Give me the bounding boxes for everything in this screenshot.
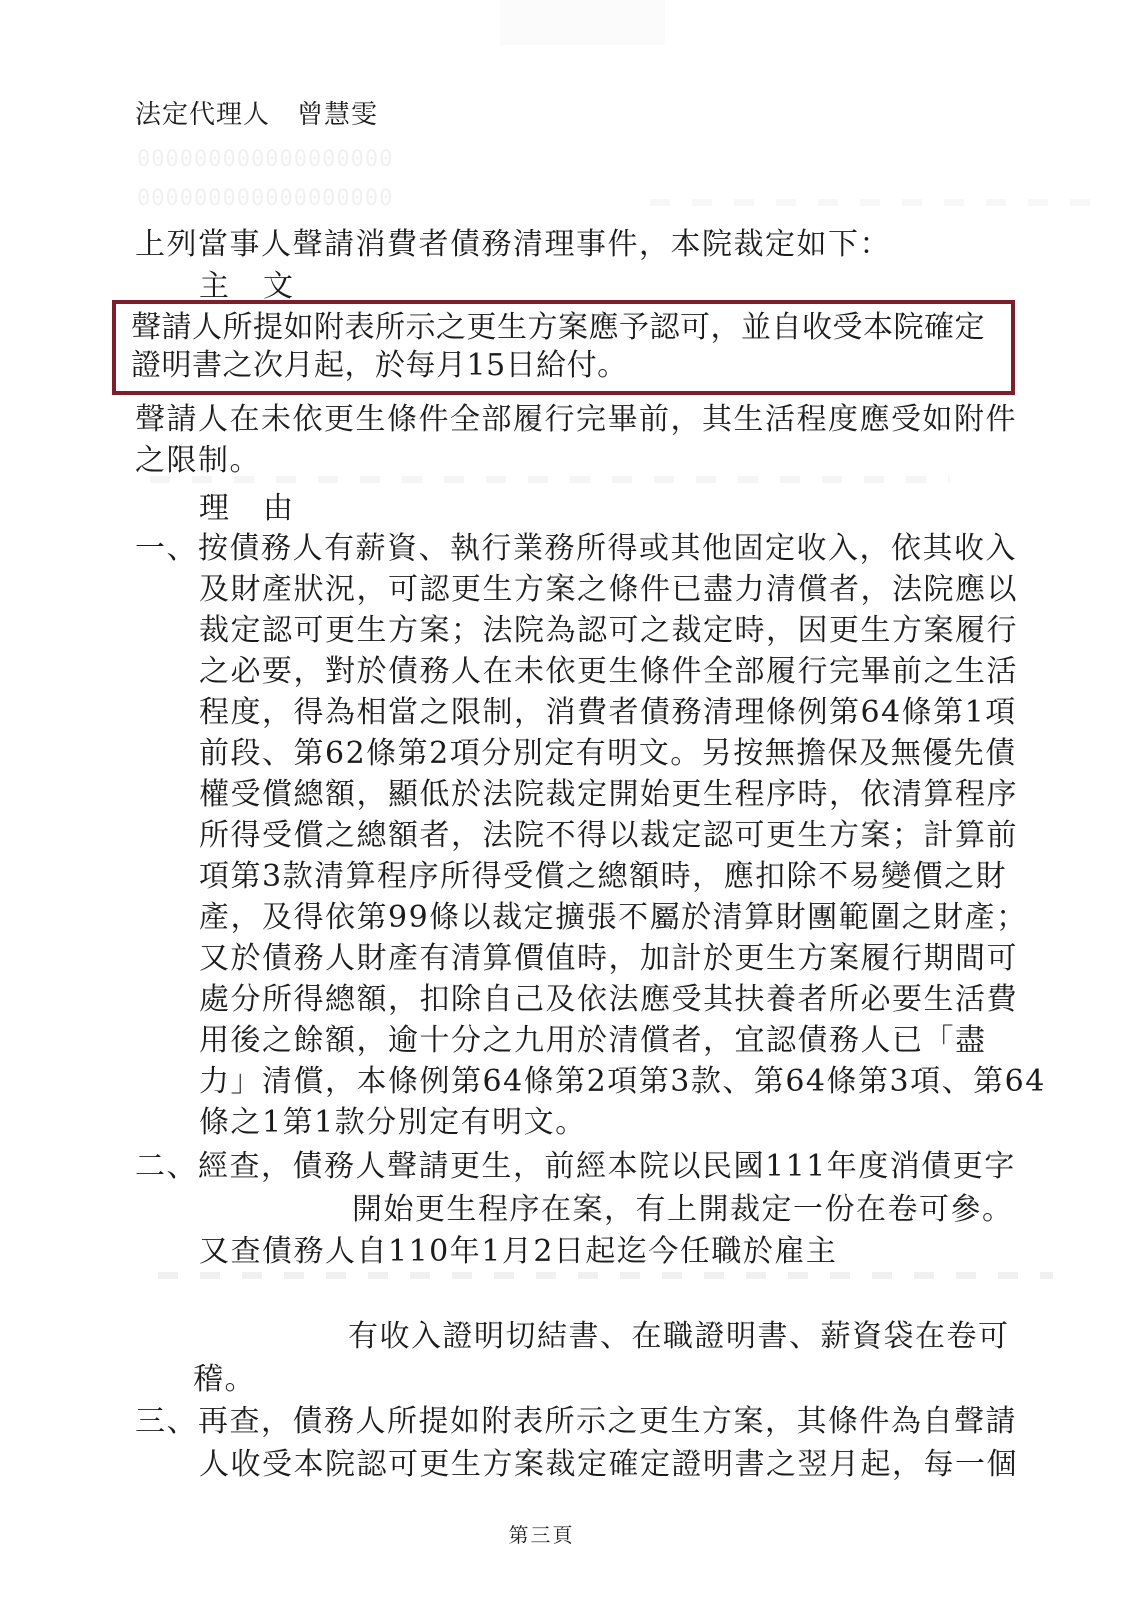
text-line: 所得受償之總額者，法院不得以裁定認可更生方案；計算前 [199,815,1046,856]
text-line: 一、按債務人有薪資、執行業務所得或其他固定收入，依其收入 [135,528,1046,569]
text-line: 項第3款清算程序所得受償之總額時，應扣除不易變價之財 [199,856,1046,897]
redacted-watermark-row: 000000000000000000 [137,140,393,179]
reason-item-3: 三、再查，債務人所提如附表所示之更生方案，其條件為自聲請 人收受本院認可更生方案… [135,1401,1018,1486]
text-line: 權受償總額，顯低於法院裁定開始更生程序時，依清算程序 [199,774,1046,815]
text-line: 前段、第62條第2項分別定有明文。另按無擔保及無優先債 [199,733,1046,774]
text-line: 稽。 [193,1359,1016,1402]
intro-line: 上列當事人聲請消費者債務清理事件，本院裁定如下： [135,224,891,265]
court-ruling-page: 法定代理人 曾慧雯 000000000000000000000000000000… [0,0,1131,1600]
text-line: 之必要，對於債務人在未依更生條件全部履行完畢前之生活 [199,651,1046,692]
text-line: 聲請人在未依更生條件全部履行完畢前，其生活程度應受如附件 [135,399,1017,440]
item-continuation: 及財產狀況，可認更生方案之條件已盡力清償者，法院應以裁定認可更生方案；法院為認可… [135,569,1046,1143]
item-marker: 一、 [135,531,198,566]
item-first-line: 經查，債務人聲請更生，前經本院以民國111年度消債更字 [198,1149,1016,1184]
reason-item-1: 一、按債務人有薪資、執行業務所得或其他固定收入，依其收入 及財產狀況，可認更生方… [135,528,1046,1143]
text-line: 裁定認可更生方案；法院為認可之裁定時，因更生方案履行 [199,610,1046,651]
redaction-residue [158,1272,1053,1279]
text-line: 及財產狀況，可認更生方案之條件已盡力清償者，法院應以 [199,569,1046,610]
text-line: 二、經查，債務人聲請更生，前經本院以民國111年度消債更字 [135,1146,1016,1189]
page-number: 第三頁 [0,1519,1083,1548]
reason-heading: 理 由 [199,488,295,529]
text-line: 又於債務人財產有清算價值時，加計於更生方案履行期間可 [199,938,1046,979]
item-continuation: 人收受本院認可更生方案裁定確定證明書之翌月起，每一個 [135,1444,1018,1487]
main-text-body: 聲請人在未依更生條件全部履行完畢前，其生活程度應受如附件之限制。 [135,399,1017,481]
text-line: 有收入證明切結書、在職證明書、薪資袋在卷可 [348,1316,1016,1359]
redacted-watermark-row: 000000000000000000 [137,179,393,218]
text-line: 之限制。 [135,440,1017,481]
item-marker: 三、 [135,1404,198,1439]
text-line: 人收受本院認可更生方案裁定確定證明書之翌月起，每一個 [199,1444,1018,1487]
item-first-line: 按債務人有薪資、執行業務所得或其他固定收入，依其收入 [198,531,1017,566]
item-first-line: 再查，債務人所提如附表所示之更生方案，其條件為自聲請 [198,1404,1017,1439]
legal-representative-line: 法定代理人 曾慧雯 [135,95,378,136]
text-line: 用後之餘額，逾十分之九用於清償者，宜認債務人已「盡 [199,1020,1046,1061]
ruling-line: 聲請人所提如附表所示之更生方案應予認可，並自收受本院確定 [131,309,996,347]
text-line: 處分所得總額，扣除自己及依法應受其扶養者所必要生活費 [199,979,1046,1020]
item-marker: 二、 [135,1149,198,1184]
text-line: 產，及得依第99條以裁定擴張不屬於清算財團範圍之財產； [199,897,1046,938]
highlighted-ruling-box: 聲請人所提如附表所示之更生方案應予認可，並自收受本院確定證明書之次月起，於每月1… [112,300,1015,395]
scan-artifact [500,0,665,45]
redacted-watermark: 000000000000000000000000000000000000 [137,140,393,218]
text-line: 條之1第1款分別定有明文。 [199,1102,1046,1143]
redaction-residue [650,199,1100,206]
ruling-line: 證明書之次月起，於每月15日給付。 [131,347,996,385]
redaction-residue [150,476,950,483]
text-line: 程度，得為相當之限制，消費者債務清理條例第64條第1項 [199,692,1046,733]
text-line: 開始更生程序在案，有上開裁定一份在卷可參。 [352,1189,1016,1232]
text-line: 三、再查，債務人所提如附表所示之更生方案，其條件為自聲請 [135,1401,1018,1444]
text-line: 力」清償，本條例第64條第2項第3款、第64條第3項、第64 [199,1061,1046,1102]
text-line: 又查債務人自110年1月2日起迄今任職於雇主 [199,1231,1016,1274]
